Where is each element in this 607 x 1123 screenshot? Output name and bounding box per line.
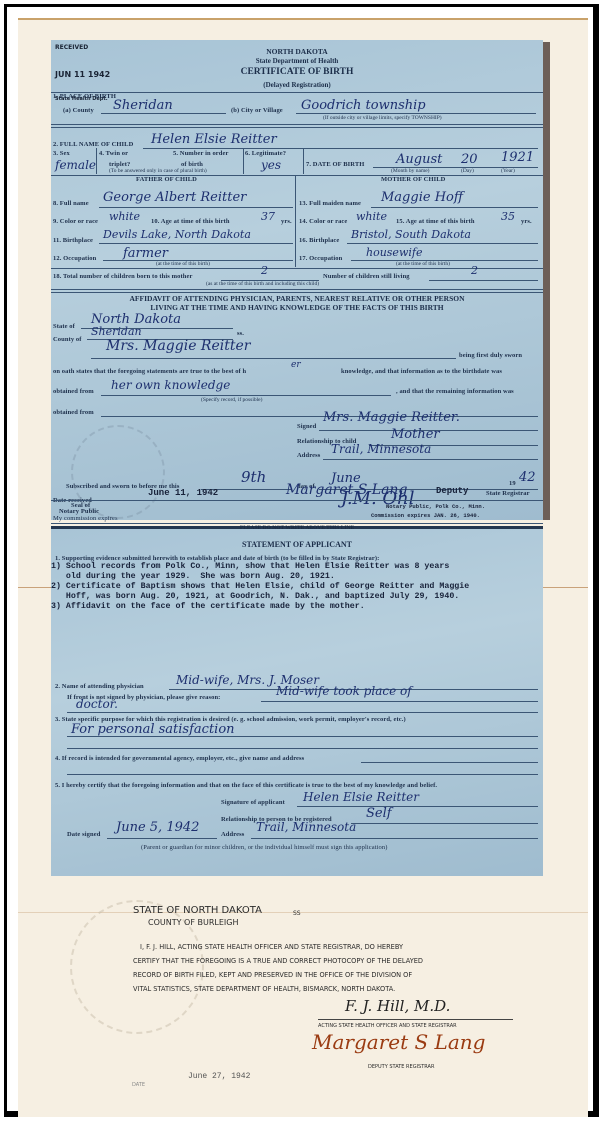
statement-of-applicant: PLEASE DO NOT WRITE ABOVE THIS LINE STAT… xyxy=(51,526,543,876)
mother-occupation-value: housewife xyxy=(366,246,422,259)
children-living-label: Number of children still living xyxy=(323,273,410,280)
year-note: (Year) xyxy=(501,168,515,174)
mother-occ-note: (at the time of this birth) xyxy=(396,261,450,267)
affidavit-heading-2: LIVING AT THE TIME AND HAVING KNOWLEDGE … xyxy=(51,303,543,312)
dob-month: August xyxy=(396,152,442,167)
applicant-address-label: Address xyxy=(221,831,244,838)
children-total-value: 2 xyxy=(261,264,268,277)
oath-text-2: knowledge, and that information as to th… xyxy=(341,368,502,375)
mother-age-value: 35 xyxy=(501,210,515,223)
county-label: (a) County xyxy=(63,107,94,114)
physician-label: 2. Name of attending physician xyxy=(55,683,144,690)
children-living-value: 2 xyxy=(471,264,478,277)
cert-state: STATE OF NORTH DAKOTA xyxy=(133,905,262,916)
cert-body-line: I, F. J. HILL, ACTING STATE HEALTH OFFIC… xyxy=(140,943,403,951)
rel-value: Self xyxy=(366,806,392,821)
obtained-label-2: obtained from xyxy=(53,409,94,416)
mother-race-label: 14. Color or race xyxy=(299,218,347,225)
evidence-line: 3) Affidavit on the face of the certific… xyxy=(51,602,365,611)
affidavit-heading-1: AFFIDAVIT OF ATTENDING PHYSICIAN, PARENT… xyxy=(51,294,543,303)
evidence-line: 2) Certificate of Baptism shows that Hel… xyxy=(51,582,469,591)
mother-occupation-label: 17. Occupation xyxy=(299,255,342,262)
mother-heading: MOTHER OF CHILD xyxy=(381,176,445,183)
legitimate-value: yes xyxy=(261,158,281,172)
signed-label: Signed xyxy=(297,423,316,430)
reason-value-2: doctor. xyxy=(76,697,118,711)
oath-her: er xyxy=(291,360,301,370)
mother-name-value: Maggie Hoff xyxy=(381,190,463,205)
father-age-label: 10. Age at time of this birth xyxy=(151,218,230,225)
do-not-write-line: PLEASE DO NOT WRITE ABOVE THIS LINE xyxy=(51,525,543,531)
deputy-label: Deputy xyxy=(436,486,468,496)
children-total-label: 18. Total number of children born to thi… xyxy=(53,273,192,280)
county-value: Sheridan xyxy=(113,98,173,113)
father-birthplace-value: Devils Lake, North Dakota xyxy=(103,228,251,241)
city-label: (b) City or Village xyxy=(231,107,283,114)
address-value: Trail, Minnesota xyxy=(331,442,431,456)
father-name-value: George Albert Reitter xyxy=(103,190,246,205)
child-name-label: 2. FULL NAME OF CHILD xyxy=(53,141,133,148)
twin-sub: triplet? xyxy=(109,161,130,168)
cert-date-label: DATE xyxy=(132,1082,145,1088)
dob-year: 1921 xyxy=(501,150,534,165)
yrs-label: yrs. xyxy=(521,218,532,225)
mother-birthplace-value: Bristol, South Dakota xyxy=(351,228,471,241)
city-note: (If outside city or village limits, spec… xyxy=(323,115,442,121)
date-signed-value: June 5, 1942 xyxy=(116,820,199,835)
reason-value-1: Mid-wife took place of xyxy=(276,684,412,698)
date-received-row: Date received June 11, 1942 Margaret S L… xyxy=(51,478,543,520)
father-occupation-label: 12. Occupation xyxy=(53,255,96,262)
oath-text: on oath states that the foregoing statem… xyxy=(53,368,246,375)
father-heading: FATHER OF CHILD xyxy=(136,176,197,183)
header-subtitle: (Delayed Registration) xyxy=(51,81,543,89)
specify-note: (Specify record, if possible) xyxy=(201,397,262,403)
statement-title: STATEMENT OF APPLICANT xyxy=(51,540,543,549)
officer-signature: F. J. Hill, M.D. xyxy=(345,997,450,1015)
obtained-value: her own knowledge xyxy=(111,378,230,392)
father-race-value: white xyxy=(109,210,140,223)
page-title: CERTIFICATE OF BIRTH xyxy=(51,67,543,77)
affiant-signature: Mrs. Maggie Reitter. xyxy=(323,410,460,425)
relationship-value: Mother xyxy=(391,427,440,442)
obtained-label: obtained from xyxy=(53,388,94,395)
applicant-signature: Helen Elsie Reitter xyxy=(303,790,419,804)
affidavit-county-value: Sheridan xyxy=(91,325,142,338)
affiant-name: Mrs. Maggie Reitter xyxy=(106,338,250,354)
certify-label: 5. I hereby certify that the foregoing i… xyxy=(55,782,437,789)
cert-date: June 27, 1942 xyxy=(188,1072,250,1081)
father-name-label: 8. Full name xyxy=(53,200,89,207)
cert-county: COUNTY OF BURLEIGH xyxy=(148,918,238,927)
affidavit-state-label: State of xyxy=(53,323,75,330)
cert-body-line: VITAL STATISTICS, STATE DEPARTMENT OF HE… xyxy=(133,985,395,993)
sworn-text: being first duly sworn xyxy=(459,352,522,359)
agency-label: 4. If record is intended for governmenta… xyxy=(55,755,304,762)
child-name-value: Helen Elsie Reitter xyxy=(151,132,277,147)
sign-note: (Parent or guardian for minor children, … xyxy=(141,844,388,851)
mother-age-label: 15. Age at time of this birth xyxy=(396,218,475,225)
sex-label: 3. Sex xyxy=(53,150,70,157)
father-age-value: 37 xyxy=(261,210,275,223)
legitimate-label: 6. Legitimate? xyxy=(245,150,286,157)
order-sub: of birth xyxy=(181,161,203,168)
city-value: Goodrich township xyxy=(301,98,426,113)
dob-label: 7. DATE OF BIRTH xyxy=(306,161,364,168)
children-note: (as at the time of this birth and includ… xyxy=(206,281,319,287)
day-note: (Day) xyxy=(461,168,474,174)
evidence-label: 1. Supporting evidence submitted herewit… xyxy=(55,555,379,562)
mother-name-label: 13. Full maiden name xyxy=(299,200,361,207)
father-race-label: 9. Color or race xyxy=(53,218,98,225)
evidence-line: 1) School records from Polk Co., Minn, s… xyxy=(51,562,449,571)
officer-title: ACTING STATE HEALTH OFFICER AND STATE RE… xyxy=(318,1023,457,1029)
sex-value: female xyxy=(55,158,96,172)
month-note: (Month by name) xyxy=(391,168,430,174)
deputy-signature: Margaret S Lang xyxy=(312,1030,485,1054)
twin-label: 4. Twin or xyxy=(99,150,128,157)
header-state: NORTH DAKOTA xyxy=(51,47,543,56)
ss-label: ss. xyxy=(237,330,244,337)
yrs-label: yrs. xyxy=(281,218,292,225)
state-registrar-label: State Registrar xyxy=(486,490,530,497)
cert-body-line: CERTIFY THAT THE FOREGOING IS A TRUE AND… xyxy=(133,957,423,965)
signature-label: Signature of applicant xyxy=(221,799,285,806)
remaining-text: , and that the remaining information was xyxy=(396,388,514,395)
evidence-line: Hoff, was born Aug. 20, 1921, at Goodric… xyxy=(51,592,459,601)
evidence-line: old during the year 1929. She was born A… xyxy=(51,572,335,581)
affidavit-county-label: County of xyxy=(53,336,82,343)
address-label: Address xyxy=(297,452,320,459)
plural-note: (To be answered only in case of plural b… xyxy=(109,168,207,174)
dob-day: 20 xyxy=(461,152,478,167)
date-signed-label: Date signed xyxy=(67,831,100,838)
place-of-birth-label: 1. PLACE OF BIRTH xyxy=(53,93,116,100)
deputy-title: DEPUTY STATE REGISTRAR xyxy=(368,1064,434,1070)
purpose-value: For personal satisfaction xyxy=(71,722,235,737)
header-department: State Department of Health xyxy=(51,57,543,65)
cert-body-line: RECORD OF BIRTH FILED, KEPT AND PRESERVE… xyxy=(133,971,412,979)
father-occ-note: (at the time of this birth) xyxy=(156,261,210,267)
cert-ss: SS xyxy=(293,910,301,917)
registrar-signature: Margaret S Lang xyxy=(286,482,407,498)
father-birthplace-label: 11. Birthplace xyxy=(53,237,93,244)
date-received-value: June 11, 1942 xyxy=(148,488,218,498)
birth-certificate-front: RECEIVED JUN 11 1942 State Health Dept. … xyxy=(51,40,543,520)
father-occupation-value: farmer xyxy=(123,246,168,261)
order-label: 5. Number in order xyxy=(173,150,228,157)
mother-race-value: white xyxy=(356,210,387,223)
applicant-address-value: Trail, Minnesota xyxy=(256,820,356,834)
mother-birthplace-label: 16. Birthplace xyxy=(299,237,339,244)
